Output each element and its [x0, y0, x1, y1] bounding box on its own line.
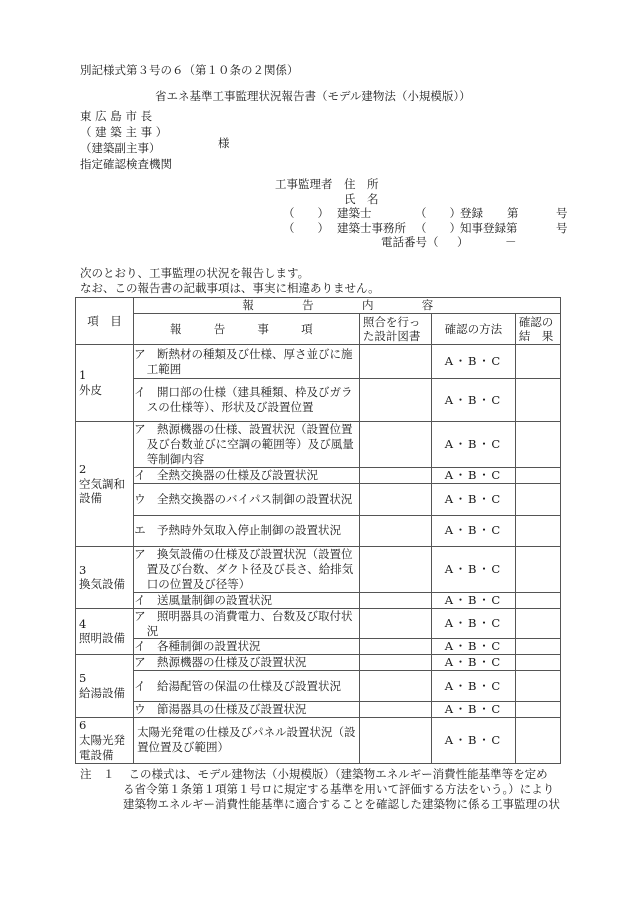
intro-line-1: 次のとおり、工事監理の状況を報告します。 — [80, 266, 380, 281]
office-registration-field[interactable]: （ ） — [415, 221, 461, 236]
report-item: イ 各種制御の設置状況 — [134, 639, 360, 655]
table-row: 1外皮 ア 断熱材の種類及び仕様、厚さ並びに施工範囲 A・B・C — [76, 345, 561, 379]
table-row: イ 各種制御の設置状況 A・B・C — [76, 639, 561, 655]
drawings-cell[interactable] — [359, 639, 431, 655]
phone-label: 電話番号（ — [381, 235, 439, 250]
header-row-2: 報 告 事 項 照合を行った設計図書 確認の方法 確認の結 果 — [76, 314, 561, 345]
registration-dai: 第 — [507, 206, 519, 221]
office-number-suffix[interactable]: 号 — [556, 221, 568, 236]
method-cell[interactable]: A・B・C — [431, 592, 515, 608]
registration-label: 登録 — [460, 206, 483, 221]
item-name: 外皮 — [79, 383, 130, 398]
office-label: 建築士事務所 — [337, 221, 406, 236]
result-cell[interactable] — [515, 515, 560, 546]
item-name: 照明設備 — [79, 631, 130, 646]
result-cell[interactable] — [515, 422, 560, 468]
architect-line: （ ） 建築士 （ ） 登録 第 号 — [275, 206, 565, 221]
result-cell[interactable] — [515, 639, 560, 655]
document-title: 省エネ基準工事監理状況報告書（モデル建物法（小規模版）） — [155, 89, 471, 103]
report-item: ア 断熱材の種類及び仕様、厚さ並びに施工範囲 — [134, 345, 360, 379]
table-row: イ 送風量制御の設置状況 A・B・C — [76, 592, 561, 608]
note-1-line-1: 注 １この様式は、モデル建物法（小規模版）（建築物エネルギー消費性能基準等を定め — [80, 767, 560, 782]
item-number: 4 — [79, 617, 130, 632]
note-text: この様式は、モデル建物法（小規模版）（建築物エネルギー消費性能基準等を定め — [129, 767, 548, 781]
item-number: 5 — [79, 671, 130, 686]
header-method: 確認の方法 — [431, 314, 515, 345]
report-item: イ 送風量制御の設置状況 — [134, 592, 360, 608]
result-cell[interactable] — [515, 670, 560, 701]
intro-text: 次のとおり、工事監理の状況を報告します。 なお、この報告書の記載事項は、事実に相… — [80, 266, 380, 296]
table-row: 2空気調和設備 ア 熱源機器の仕様、設置状況（設置位置及び台数並びに空調の範囲等… — [76, 422, 561, 468]
table-row: ウ 節湯器具の仕様及び設置状況 A・B・C — [76, 701, 561, 717]
item-cell-2: 2空気調和設備 — [76, 422, 134, 547]
item-cell-3: 3換気設備 — [76, 546, 134, 608]
report-item: イ 給湯配管の保温の仕様及び設置状況 — [134, 670, 360, 701]
drawings-cell[interactable] — [359, 483, 431, 515]
note-1-line-2: る省令第１条第１項第１号ロに規定する基準を用いて評価する方法をいう。）により — [80, 782, 560, 797]
method-cell[interactable]: A・B・C — [431, 515, 515, 546]
supervisor-name-line: 氏 名 — [275, 192, 565, 207]
header-drawings: 照合を行った設計図書 — [359, 314, 431, 345]
drawings-cell[interactable] — [359, 670, 431, 701]
drawings-cell[interactable] — [359, 717, 431, 763]
result-cell[interactable] — [515, 655, 560, 671]
drawings-cell[interactable] — [359, 422, 431, 468]
addressee-mayor: 東 広 島 市 長 — [80, 108, 172, 124]
method-cell[interactable]: A・B・C — [431, 483, 515, 515]
method-cell[interactable]: A・B・C — [431, 701, 515, 717]
report-item: ア 照明器具の消費電力、台数及び取付状況 — [134, 608, 360, 639]
form-number: 別記様式第３号の６（第１０条の２関係） — [80, 63, 299, 77]
result-cell[interactable] — [515, 379, 560, 422]
item-number: 2 — [79, 462, 130, 477]
drawings-cell[interactable] — [359, 345, 431, 379]
supervisor-label: 工事監理者 — [275, 177, 333, 192]
table-row: イ 全熱交換器の仕様及び設置状況 A・B・C — [76, 468, 561, 484]
method-cell[interactable]: A・B・C — [431, 468, 515, 484]
architect-class-field[interactable]: （ ） — [283, 206, 329, 221]
result-cell[interactable] — [515, 701, 560, 717]
item-name: 太陽光発電設備 — [79, 733, 130, 763]
report-item: イ 開口部の仕様（建具種類、枠及びガラスの仕様等）、形状及び設置位置 — [134, 379, 360, 422]
intro-line-2: なお、この報告書の記載事項は、事実に相違ありません。 — [80, 281, 380, 296]
phone-area-close[interactable]: ） — [457, 235, 469, 250]
result-cell[interactable] — [515, 345, 560, 379]
item-cell-4: 4照明設備 — [76, 608, 134, 654]
method-cell[interactable]: A・B・C — [431, 655, 515, 671]
honorific: 様 — [218, 136, 230, 150]
addressee-inspection-agency: 指定確認検査機関 — [80, 156, 172, 172]
report-item: ア 熱源機器の仕様、設置状況（設置位置及び台数並びに空調の範囲等）及び風量等制御… — [134, 422, 360, 468]
registration-number-suffix[interactable]: 号 — [556, 206, 568, 221]
item-cell-5: 5給湯設備 — [76, 655, 134, 718]
note-1-line-3: 建築物エネルギー消費性能基準に適合することを確認した建築物に係る工事監理の状 — [80, 797, 560, 812]
governor-registration-label: 知事登録第 — [460, 221, 518, 236]
registration-type-field[interactable]: （ ） — [415, 206, 461, 221]
report-item: エ 予熱時外気取入停止制御の設置状況 — [134, 515, 360, 546]
architect-label: 建築士 — [337, 206, 372, 221]
addressee-building-official: （ 建 築 主 事 ） — [80, 124, 172, 140]
report-item: 太陽光発電の仕様及びパネル設置状況（設置位置及び範囲） — [134, 717, 360, 763]
result-cell[interactable] — [515, 468, 560, 484]
table-row: 4照明設備 ア 照明器具の消費電力、台数及び取付状況 A・B・C — [76, 608, 561, 639]
table-row: イ 給湯配管の保温の仕様及び設置状況 A・B・C — [76, 670, 561, 701]
header-row-1: 項 目 報 告 内 容 — [76, 298, 561, 314]
table-row: イ 開口部の仕様（建具種類、枠及びガラスの仕様等）、形状及び設置位置 A・B・C — [76, 379, 561, 422]
header-report-items: 報 告 事 項 — [134, 314, 360, 345]
item-cell-1: 1外皮 — [76, 345, 134, 422]
table-row: 3換気設備 ア 換気設備の仕様及び設置状況（設置位置及び台数、ダクト径及び長さ、… — [76, 546, 561, 592]
method-cell[interactable]: A・B・C — [431, 345, 515, 379]
method-cell[interactable]: A・B・C — [431, 546, 515, 592]
supervisor-block: 工事監理者 住 所 氏 名 （ ） 建築士 （ ） 登録 第 号 （ ） 建築士… — [275, 177, 565, 250]
addressee-block: 東 広 島 市 長 （ 建 築 主 事 ） （建築副主事） 指定確認検査機関 — [80, 108, 172, 172]
report-item: ウ 節湯器具の仕様及び設置状況 — [134, 701, 360, 717]
report-item: ウ 全熱交換器のバイパス制御の設置状況 — [134, 483, 360, 515]
item-name: 換気設備 — [79, 577, 130, 592]
item-number: 1 — [79, 368, 130, 383]
table-row: エ 予熱時外気取入停止制御の設置状況 A・B・C — [76, 515, 561, 546]
method-cell[interactable]: A・B・C — [431, 670, 515, 701]
drawings-cell[interactable] — [359, 701, 431, 717]
method-cell[interactable]: A・B・C — [431, 379, 515, 422]
phone-line: 電話番号（ ） － — [275, 235, 565, 250]
method-cell[interactable]: A・B・C — [431, 608, 515, 639]
table-row: 6太陽光発電設備 太陽光発電の仕様及びパネル設置状況（設置位置及び範囲） A・B… — [76, 717, 561, 763]
drawings-cell[interactable] — [359, 546, 431, 592]
method-cell[interactable]: A・B・C — [431, 422, 515, 468]
item-number: 3 — [79, 563, 130, 578]
result-cell[interactable] — [515, 608, 560, 639]
report-item: イ 全熱交換器の仕様及び設置状況 — [134, 468, 360, 484]
drawings-cell[interactable] — [359, 592, 431, 608]
drawings-cell[interactable] — [359, 608, 431, 639]
supervisor-address-line: 工事監理者 住 所 — [275, 177, 565, 192]
item-name: 給湯設備 — [79, 686, 130, 701]
addressee-deputy-official: （建築副主事） — [80, 140, 172, 156]
drawings-cell[interactable] — [359, 379, 431, 422]
table-row: 5給湯設備 ア 熱源機器の仕様及び設置状況 A・B・C — [76, 655, 561, 671]
result-cell[interactable] — [515, 717, 560, 763]
office-line: （ ） 建築士事務所 （ ） 知事登録第 号 — [275, 221, 565, 236]
notes-block: 注 １この様式は、モデル建物法（小規模版）（建築物エネルギー消費性能基準等を定め… — [80, 767, 560, 812]
drawings-cell[interactable] — [359, 468, 431, 484]
header-report-contents: 報 告 内 容 — [134, 298, 561, 314]
result-cell[interactable] — [515, 483, 560, 515]
method-cell[interactable]: A・B・C — [431, 717, 515, 763]
item-cell-6: 6太陽光発電設備 — [76, 717, 134, 763]
name-label[interactable]: 氏 名 — [344, 192, 379, 207]
report-item: ア 熱源機器の仕様及び設置状況 — [134, 655, 360, 671]
address-label[interactable]: 住 所 — [344, 177, 379, 192]
report-item: ア 換気設備の仕様及び設置状況（設置位置及び台数、ダクト径及び長さ、給排気口の位… — [134, 546, 360, 592]
drawings-cell[interactable] — [359, 515, 431, 546]
drawings-cell[interactable] — [359, 655, 431, 671]
report-table: 項 目 報 告 内 容 報 告 事 項 照合を行った設計図書 確認の方法 確認の… — [75, 297, 561, 764]
phone-dash[interactable]: － — [505, 235, 517, 250]
result-cell[interactable] — [515, 546, 560, 592]
method-cell[interactable]: A・B・C — [431, 639, 515, 655]
item-name: 空気調和設備 — [79, 477, 130, 507]
header-result: 確認の結 果 — [515, 314, 560, 345]
note-label: 注 １ — [80, 767, 115, 781]
table-row: ウ 全熱交換器のバイパス制御の設置状況 A・B・C — [76, 483, 561, 515]
result-cell[interactable] — [515, 592, 560, 608]
header-item: 項 目 — [76, 298, 134, 345]
item-number: 6 — [79, 718, 130, 733]
office-class-field[interactable]: （ ） — [283, 221, 329, 236]
